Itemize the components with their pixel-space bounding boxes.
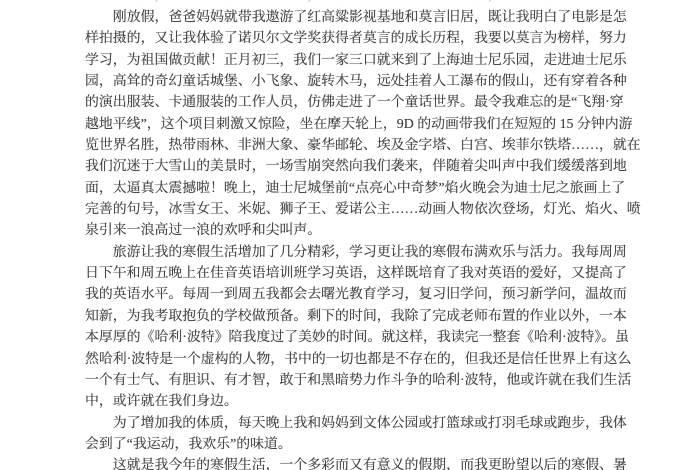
text-line: 面，太逼真太震撼啦！晚上，迪士尼城堡前“点亮心中奇梦”焰火晚会为迪士尼之旅画上了 <box>85 178 618 199</box>
truncated-line-text: 间过得真快，转眼间一个学期结束了，我们迎来了盼望已久的寒假，寒假生活丰富多彩。 <box>85 0 618 3</box>
text-line: 然哈利·波特是一个虚构的人物，书中的一切也都是不存在的，但我还是信任世界上有这么 <box>85 349 618 370</box>
text-line: 知新，为我考取抱负的学校做预备。剩下的时间，我除了完成老师布置的作业以外，一本 <box>85 306 618 327</box>
text-line: 这就是我今年的寒假生活，一个多彩而又有意义的假期，而我更盼望以后的寒假、暑 <box>85 455 618 470</box>
text-line: 园，高耸的奇幻童话城堡、小飞象、旋转木马，远处挂着人工瀑布的假山，还有穿着各种 <box>85 71 618 92</box>
text-line: 览世界名胜，热带雨林、非洲大象、豪华邮轮、埃及金字塔、白宫、埃菲尔铁塔……，就在 <box>85 135 618 156</box>
text-line: 样拍摄的，又让我体验了诺贝尔文学奖获得者莫言的成长历程，我要以莫言为榜样，努力 <box>85 28 618 49</box>
truncated-line: 间过得真快，转眼间一个学期结束了，我们迎来了盼望已久的寒假，寒假生活丰富多彩。 <box>85 0 618 4</box>
text-line: 本厚厚的《哈利·波特》陪我度过了美妙的时间。就这样，我读完一整套《哈利·波特》。… <box>85 327 618 348</box>
text-line: 泉引来一浪高过一浪的欢呼和尖叫声。 <box>85 220 618 241</box>
text-line: 我们沉迷于大雪山的美景时，一场雪崩突然向我们袭来，伴随着尖叫声中我们缓缓落到地 <box>85 156 618 177</box>
text-line: 旅游让我的寒假生活增加了几分精彩，学习更让我的寒假布满欢乐与活力。我每周周 <box>85 242 618 263</box>
text-line: 会到了“我运动，我欢乐”的味道。 <box>85 434 618 455</box>
text-line: 我的英语水平。每周一到周五我都会去曙光教育学习，复习旧学问，预习新学问，温故而 <box>85 284 618 305</box>
text-line: 为了增加我的体质，每天晚上我和妈妈到文体公园或打篮球或打羽毛球或跑步，我体 <box>85 413 618 434</box>
text-line: 中，或许就在我们身边。 <box>85 391 618 412</box>
text-line: 越地平线”，这个项目刺激又惊险，坐在摩天轮上，9D 的动画带我们在短短的 15 … <box>85 114 618 135</box>
text-line: 完善的句号，冰雪女王、米妮、狮子王、爱诺公主……动画人物依次登场，灯光、焰火、喷 <box>85 199 618 220</box>
text-line: 刚放假，爸爸妈妈就带我遨游了红高粱影视基地和莫言旧居，既让我明白了电影是怎 <box>85 7 618 28</box>
text-line: 学习，为祖国做贡献！正月初三，我们一家三口就来到了上海迪士尼乐园，走进迪士尼乐 <box>85 50 618 71</box>
document-text: 刚放假，爸爸妈妈就带我遨游了红高粱影视基地和莫言旧居，既让我明白了电影是怎样拍摄… <box>85 7 618 470</box>
text-line: 的演出服装、卡通服装的工作人员，仿佛走进了一个童话世界。最令我难忘的是“飞翔·穿 <box>85 92 618 113</box>
text-line: 一个有士气、有胆识、有才智，敢于和黑暗势力作斗争的哈利·波特，他或许就在我们生活 <box>85 370 618 391</box>
scanned-document-page: 间过得真快，转眼间一个学期结束了，我们迎来了盼望已久的寒假，寒假生活丰富多彩。 … <box>0 0 700 470</box>
text-line: 日下午和周五晚上在佳音英语培训班学习英语，这样既培育了我对英语的爱好，又提高了 <box>85 263 618 284</box>
